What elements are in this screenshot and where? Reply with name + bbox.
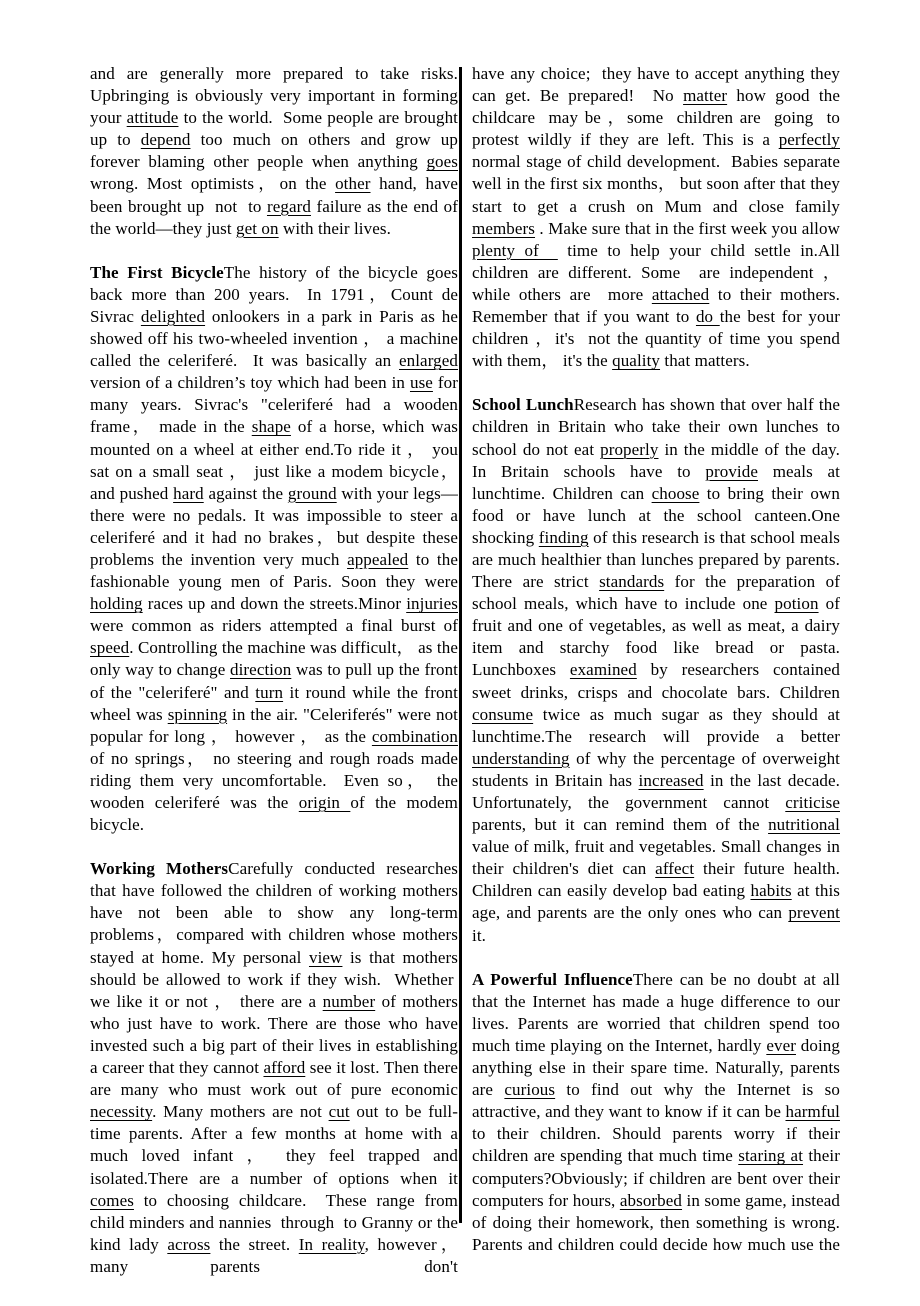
text-run: that matters. — [660, 351, 750, 370]
text-run: the street. — [210, 1235, 298, 1254]
underlined-gap-word: direction — [230, 660, 291, 679]
underlined-gap-word: properly — [600, 440, 658, 459]
text-run: with their lives. — [279, 219, 391, 238]
underlined-gap-word: regard — [267, 197, 311, 216]
paragraph: The First BicycleThe history of the bicy… — [90, 262, 458, 836]
underlined-gap-word: choose — [652, 484, 700, 503]
paragraph: and are generally more prepared to take … — [90, 63, 458, 240]
underlined-gap-word: do — [696, 307, 720, 326]
text-run: . Many mothers are not — [152, 1102, 328, 1121]
text-run: . Make sure that in the first week you a… — [535, 219, 840, 238]
underlined-gap-word: members — [472, 219, 535, 238]
underlined-gap-word: attitude — [127, 108, 179, 127]
underlined-gap-word: nutritional — [768, 815, 840, 834]
text-column-right: have any choice; they have to accept any… — [472, 63, 840, 1256]
underlined-gap-word: depend — [141, 130, 191, 149]
underlined-gap-word: understanding — [472, 749, 570, 768]
underlined-gap-word: hard — [173, 484, 204, 503]
underlined-gap-word: afford — [263, 1058, 305, 1077]
underlined-gap-word: use — [410, 373, 433, 392]
document-page: and are generally more prepared to take … — [0, 0, 920, 1306]
underlined-gap-word: ever — [766, 1036, 796, 1055]
underlined-gap-word: consume — [472, 705, 533, 724]
underlined-gap-word: comes — [90, 1191, 134, 1210]
underlined-gap-word: shape — [252, 417, 291, 436]
text-run: wrong. Most optimists，on the — [90, 174, 335, 193]
underlined-gap-word: quality — [612, 351, 660, 370]
underlined-gap-word: necessity — [90, 1102, 152, 1121]
underlined-gap-word: enlarged — [399, 351, 458, 370]
underlined-gap-word: appealed — [347, 550, 408, 569]
underlined-gap-word: number — [323, 992, 376, 1011]
underlined-gap-word: curious — [504, 1080, 555, 1099]
underlined-gap-word: potion — [775, 594, 819, 613]
paragraph: School LunchResearch has shown that over… — [472, 394, 840, 946]
underlined-gap-word: injuries — [406, 594, 458, 613]
underlined-gap-word: spinning — [168, 705, 227, 724]
underlined-gap-word: cut — [329, 1102, 350, 1121]
underlined-gap-word: habits — [750, 881, 791, 900]
paragraph-heading: Working Mothers — [90, 859, 228, 878]
paragraph: A Powerful InfluenceThere can be no doub… — [472, 969, 840, 1256]
underlined-gap-word: speed — [90, 638, 129, 657]
text-column-left: and are generally more prepared to take … — [90, 63, 458, 1278]
paragraph: Working MothersCarefully conducted resea… — [90, 858, 458, 1278]
underlined-gap-word: standards — [599, 572, 664, 591]
underlined-gap-word: In reality — [299, 1235, 365, 1254]
underlined-gap-word: turn — [255, 683, 283, 702]
underlined-gap-word: perfectly — [779, 130, 840, 149]
column-divider-rule — [459, 67, 462, 1223]
underlined-gap-word: matter — [683, 86, 727, 105]
paragraph-heading: The First Bicycle — [90, 263, 224, 282]
text-run: normal stage of child development. Babie… — [472, 152, 840, 215]
underlined-gap-word: absorbed — [620, 1191, 682, 1210]
underlined-gap-word: increased — [639, 771, 704, 790]
underlined-gap-word: affect — [655, 859, 694, 878]
underlined-gap-word: delighted — [141, 307, 205, 326]
paragraph-heading: A Powerful Influence — [472, 970, 633, 989]
underlined-gap-word: harmful — [785, 1102, 840, 1121]
underlined-gap-word: ground — [288, 484, 337, 503]
underlined-gap-word: criticise — [785, 793, 840, 812]
underlined-gap-word: staring at — [738, 1146, 803, 1165]
underlined-gap-word: provide — [705, 462, 758, 481]
paragraph-heading: School Lunch — [472, 395, 574, 414]
underlined-gap-word: get on — [236, 219, 279, 238]
text-run: parents, but it can remind them of the — [472, 815, 768, 834]
underlined-gap-word: holding — [90, 594, 143, 613]
text-run: it. — [472, 926, 486, 945]
paragraph: have any choice; they have to accept any… — [472, 63, 840, 372]
underlined-gap-word: prevent — [788, 903, 840, 922]
underlined-gap-word: attached — [652, 285, 709, 304]
underlined-gap-word: finding — [539, 528, 589, 547]
underlined-gap-word: across — [167, 1235, 210, 1254]
text-run: races up and down the streets.Minor — [143, 594, 407, 613]
underlined-gap-word: goes — [426, 152, 458, 171]
text-run: against the — [204, 484, 288, 503]
underlined-gap-word: other — [335, 174, 370, 193]
underlined-gap-word: view — [309, 948, 342, 967]
underlined-gap-word: examined — [570, 660, 637, 679]
text-run: version of a children’s toy which had be… — [90, 373, 410, 392]
underlined-gap-word: origin — [299, 793, 351, 812]
text-run: were common as riders attempted a final … — [90, 616, 458, 635]
underlined-gap-word: combination — [372, 727, 458, 746]
underlined-gap-word: plenty of — [472, 241, 558, 260]
